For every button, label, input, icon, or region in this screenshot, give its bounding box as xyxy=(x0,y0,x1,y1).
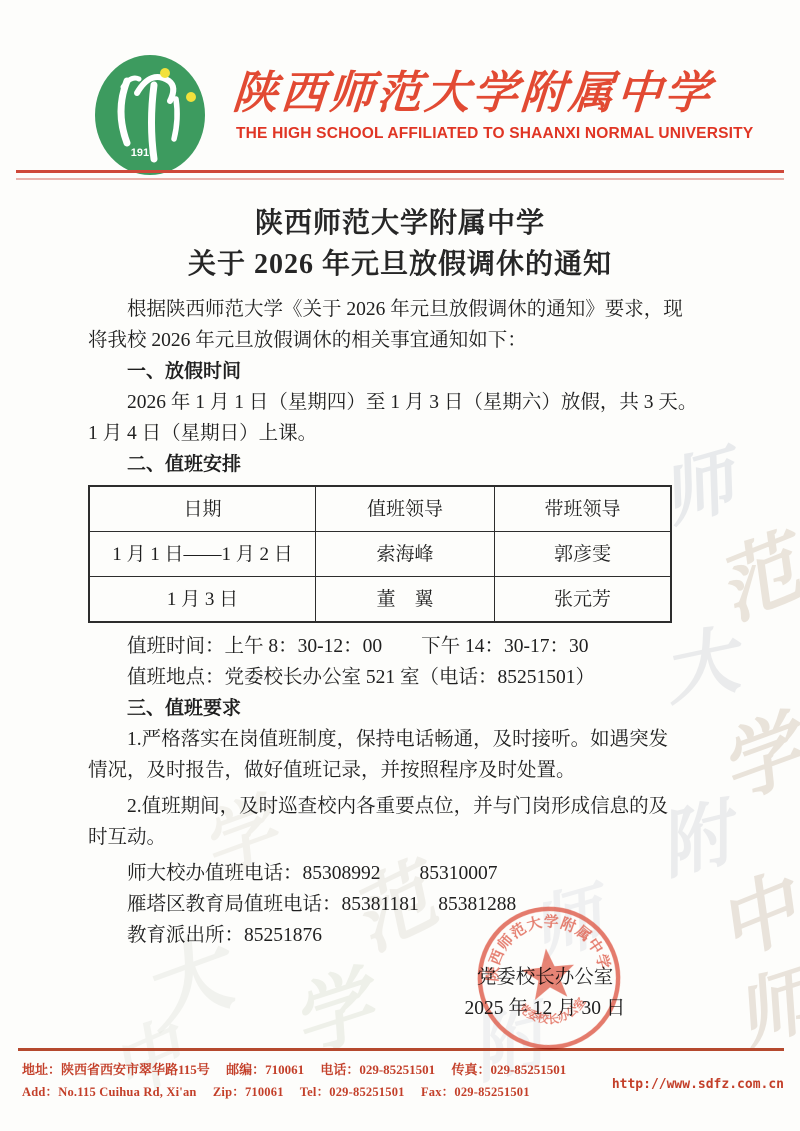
section-heading-1: 一、放假时间 xyxy=(88,356,716,387)
seal-bottom-text: 党委校长办公室 xyxy=(515,993,591,1029)
body-line: 2.值班期间，及时巡查校内各重要点位，并与门岗形成信息的及 xyxy=(88,791,716,822)
school-name-english: THE HIGH SCHOOL AFFILIATED TO SHAANXI NO… xyxy=(236,125,736,143)
footer-label: Add： xyxy=(22,1085,58,1099)
duty-schedule-table: 日期 值班领导 带班领导 1 月 1 日——1 月 2 日 索海峰 郭彦雯 1 … xyxy=(88,485,672,623)
footer-label: Fax： xyxy=(421,1085,454,1099)
footer-value: 陕西省西安市翠华路115号 xyxy=(61,1062,210,1077)
footer-value: 029-85251501 xyxy=(359,1062,435,1077)
watermark-glyph: 师 xyxy=(720,941,800,1065)
cell-duty-leader: 索海峰 xyxy=(316,532,495,577)
cell-date: 1 月 3 日 xyxy=(89,577,316,623)
footer-value: 710061 xyxy=(245,1085,284,1099)
body-line: 1 月 4 日（星期日）上课。 xyxy=(88,418,716,449)
footer-label: Tel： xyxy=(300,1085,330,1099)
footer-label: 邮编： xyxy=(226,1062,265,1077)
footer-label: 传真： xyxy=(451,1062,490,1077)
watermark-glyph: 学 xyxy=(274,940,386,1074)
table-row: 1 月 3 日 董 翼 张元芳 xyxy=(89,577,671,623)
section-heading-3: 三、值班要求 xyxy=(88,693,716,724)
body-line: 1.严格落实在岗值班制度，保持电话畅通，及时接听。如遇突发 xyxy=(88,724,716,755)
body-line: 根据陕西师范大学《关于 2026 年元旦放假调休的通知》要求，现 xyxy=(88,294,716,325)
column-header-duty-leader: 值班领导 xyxy=(316,486,495,532)
duty-place-line: 值班地点：党委校长办公室 521 室（电话：85251501） xyxy=(88,662,716,693)
table-header-row: 日期 值班领导 带班领导 xyxy=(89,486,671,532)
footer-website-url: http://www.sdfz.com.cn xyxy=(612,1071,784,1092)
footer-value: No.115 Cuihua Rd, Xi'an xyxy=(58,1085,196,1099)
header-rule-thin xyxy=(16,178,784,180)
svg-text:党委校长办公室: 党委校长办公室 xyxy=(515,993,591,1029)
cell-date: 1 月 1 日——1 月 2 日 xyxy=(89,532,316,577)
cell-lead-leader: 张元芳 xyxy=(495,577,672,623)
school-name-calligraphy: 陕西师范大学附属中学 xyxy=(231,56,721,120)
notice-body: 根据陕西师范大学《关于 2026 年元旦放假调休的通知》要求，现 将我校 202… xyxy=(88,294,716,951)
footer-row-english: Add：No.115 Cuihua Rd, Xi'an Zip：710061 T… xyxy=(22,1081,579,1103)
notice-title-line1: 陕西师范大学附属中学 xyxy=(0,201,800,241)
scanned-notice-page: 师 范 大 学 附 中 师 范 大 学 附 中 师 学 1910 陕西师范大学附… xyxy=(0,0,800,1131)
footer-rule xyxy=(18,1048,784,1051)
phone-line-university: 师大校办值班电话：85308992 85310007 xyxy=(88,858,716,889)
footer-value: 029-85251501 xyxy=(454,1085,529,1099)
body-line: 时互动。 xyxy=(88,822,716,853)
official-seal: 陕西师范大学附属中学 党委校长办公室 xyxy=(462,891,636,1065)
header-rule-thick xyxy=(16,170,784,173)
duty-time-line: 值班时间：上午 8：30-12：00 下午 14：30-17：30 xyxy=(88,631,716,662)
notice-title-line2: 关于 2026 年元旦放假调休的通知 xyxy=(0,242,800,282)
cell-lead-leader: 郭彦雯 xyxy=(495,532,672,577)
column-header-date: 日期 xyxy=(89,486,316,532)
logo-year: 1910 xyxy=(131,147,155,159)
body-line: 情况，及时报告，做好值班记录，并按照程序及时处置。 xyxy=(88,755,716,786)
school-logo-icon: 1910 xyxy=(93,53,207,177)
body-line: 2026 年 1 月 1 日（星期四）至 1 月 3 日（星期六）放假，共 3 … xyxy=(88,387,716,418)
body-line: 将我校 2026 年元旦放假调休的相关事宜通知如下： xyxy=(88,325,716,356)
footer-value: 029-85251501 xyxy=(490,1062,566,1077)
section-heading-2: 二、值班安排 xyxy=(88,449,716,480)
table-row: 1 月 1 日——1 月 2 日 索海峰 郭彦雯 xyxy=(89,532,671,577)
cell-duty-leader: 董 翼 xyxy=(316,577,495,623)
footer-label: 电话： xyxy=(320,1062,359,1077)
footer-value: 710061 xyxy=(265,1062,304,1077)
footer-label: 地址： xyxy=(22,1062,61,1077)
seal-star-icon xyxy=(520,946,577,1001)
column-header-lead-leader: 带班领导 xyxy=(495,486,672,532)
footer: 地址：陕西省西安市翠华路115号 邮编：710061 电话：029-852515… xyxy=(22,1059,784,1103)
footer-value: 029-85251501 xyxy=(329,1085,404,1099)
footer-label: Zip： xyxy=(213,1085,245,1099)
